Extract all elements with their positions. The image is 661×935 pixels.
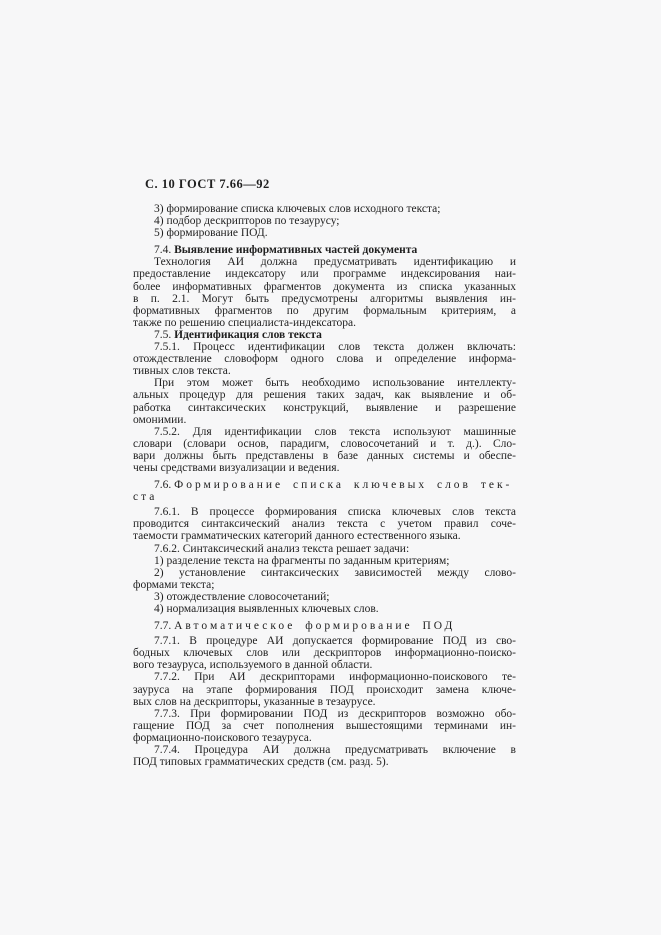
heading-title: Формирование списка ключевых слов тек-: [174, 479, 512, 491]
text-line: 7.6. Формирование списка ключевых слов т…: [133, 479, 516, 491]
text-line: 4) подбор дескрипторов по тезаурусу;: [133, 215, 516, 227]
section-heading: 7.4. Выявление информативных частей доку…: [133, 244, 516, 256]
paragraph: 7.5.2. Для идентификации слов текста исп…: [133, 426, 516, 474]
paragraph: Технология АИ должна предусматривать иде…: [133, 256, 516, 329]
text-line: 7.5.1. Процесс идентификации слов текста…: [133, 341, 516, 353]
list-item: 2) установление синтаксических зависимос…: [133, 567, 516, 591]
paragraph: При этом может быть необходимо использов…: [133, 377, 516, 425]
section-heading: 7.6. Формирование списка ключевых слов т…: [133, 479, 516, 503]
text-line: Технология АИ должна предусматривать иде…: [133, 256, 516, 268]
heading-number: 7.7.: [154, 620, 174, 632]
text-line: При этом может быть необходимо использов…: [133, 377, 516, 389]
text-line: таемости грамматических категорий данног…: [133, 530, 516, 542]
text-line: формативных фрагментов по другим формаль…: [133, 305, 516, 317]
list-item: 3) формирование списка ключевых слов исх…: [133, 203, 516, 215]
text-line: чены средствами визуализации и ведения.: [133, 462, 516, 474]
paragraph: 7.7.1. В процедуре АИ допускается формир…: [133, 635, 516, 671]
paragraph: 7.5.1. Процесс идентификации слов текста…: [133, 341, 516, 377]
list-item: 4) нормализация выявленных ключевых слов…: [133, 603, 516, 615]
heading-title: Идентификация слов текста: [174, 329, 322, 341]
section-heading: 7.5. Идентификация слов текста: [133, 329, 516, 341]
text-line: тивных слов текста.: [133, 365, 516, 377]
section-heading: 7.7. Автоматическое формирование ПОД: [133, 620, 516, 632]
text-line: 7.7. Автоматическое формирование ПОД: [133, 620, 516, 632]
text-line: альных процедур для решения таких задач,…: [133, 389, 516, 401]
text-line: ста: [133, 491, 516, 503]
text-line: отождествление словоформ одного слова и …: [133, 353, 516, 365]
text-line: омонимии.: [133, 414, 516, 426]
heading-number: 7.5.: [154, 329, 174, 341]
page-header: С. 10 ГОСТ 7.66—92: [145, 177, 270, 192]
text-line: 7.5.2. Для идентификации слов текста исп…: [133, 426, 516, 438]
text-line: 7.5. Идентификация слов текста: [133, 329, 516, 341]
text-line: словари (словари основ, парадигм, словос…: [133, 438, 516, 450]
paragraph: 7.7.4. Процедура АИ должна предусматрива…: [133, 744, 516, 768]
text-line: 1) разделение текста на фрагменты по зад…: [133, 555, 516, 567]
text-line: 7.7.3. При формировании ПОД из дескрипто…: [133, 708, 516, 720]
text-line: вого тезауруса, используемого в данной о…: [133, 659, 516, 671]
scanned-document-page: С. 10 ГОСТ 7.66—92 3) формирование списк…: [0, 0, 661, 935]
text-line: 5) формирование ПОД.: [133, 227, 516, 239]
list-item: 5) формирование ПОД.: [133, 227, 516, 239]
text-line: бодных ключевых слов или дескрипторов ин…: [133, 647, 516, 659]
text-line: вари должны быть представлены в базе дан…: [133, 450, 516, 462]
text-line: 3) формирование списка ключевых слов исх…: [133, 203, 516, 215]
list-item: 3) отождествление словосочетаний;: [133, 591, 516, 603]
list-item: 4) подбор дескрипторов по тезаурусу;: [133, 215, 516, 227]
heading-number: 7.6.: [154, 479, 174, 491]
text-line: 7.6.2. Синтаксический анализ текста реша…: [133, 543, 516, 555]
text-line: ПОД типовых грамматических средств (см. …: [133, 756, 516, 768]
list-item: 1) разделение текста на фрагменты по зад…: [133, 555, 516, 567]
text-line: 7.7.1. В процедуре АИ допускается формир…: [133, 635, 516, 647]
text-line: 7.7.4. Процедура АИ должна предусматрива…: [133, 744, 516, 756]
text-line: в п. 2.1. Могут быть предусмотрены алгор…: [133, 293, 516, 305]
paragraph: 7.7.3. При формировании ПОД из дескрипто…: [133, 708, 516, 744]
heading-title: Выявление информативных частей документа: [174, 244, 417, 256]
text-line: 7.7.2. При АИ дескрипторами информационн…: [133, 671, 516, 683]
text-line: 4) нормализация выявленных ключевых слов…: [133, 603, 516, 615]
heading-title: Автоматическое формирование ПОД: [174, 620, 455, 632]
text-line: 7.4. Выявление информативных частей доку…: [133, 244, 516, 256]
text-line: вых слов на дескрипторы, указанные в тез…: [133, 696, 516, 708]
heading-number: 7.4.: [154, 244, 174, 256]
paragraph: 7.7.2. При АИ дескрипторами информационн…: [133, 671, 516, 707]
page-content: 3) формирование списка ключевых слов исх…: [133, 203, 516, 768]
text-line: 3) отождествление словосочетаний;: [133, 591, 516, 603]
text-line: работка синтаксических конструкций, выяв…: [133, 402, 516, 414]
paragraph: 7.6.1. В процессе формирования списка кл…: [133, 506, 516, 542]
text-line: формами текста;: [133, 579, 516, 591]
text-line: более информативных фрагментов документа…: [133, 281, 516, 293]
text-line: 2) установление синтаксических зависимос…: [133, 567, 516, 579]
text-line: также по решению специалиста-индексатора…: [133, 317, 516, 329]
text-line: 7.6.1. В процессе формирования списка кл…: [133, 506, 516, 518]
text-line: проводится синтаксический анализ текста …: [133, 518, 516, 530]
text-line: предоставление индексатору или программе…: [133, 268, 516, 280]
paragraph: 7.6.2. Синтаксический анализ текста реша…: [133, 543, 516, 555]
heading-title: ста: [133, 491, 157, 503]
text-line: зауруса на этапе формирования ПОД происх…: [133, 684, 516, 696]
text-line: гащение ПОД за счет пополнения вышестоящ…: [133, 720, 516, 732]
text-line: формационно-поискового тезауруса.: [133, 732, 516, 744]
